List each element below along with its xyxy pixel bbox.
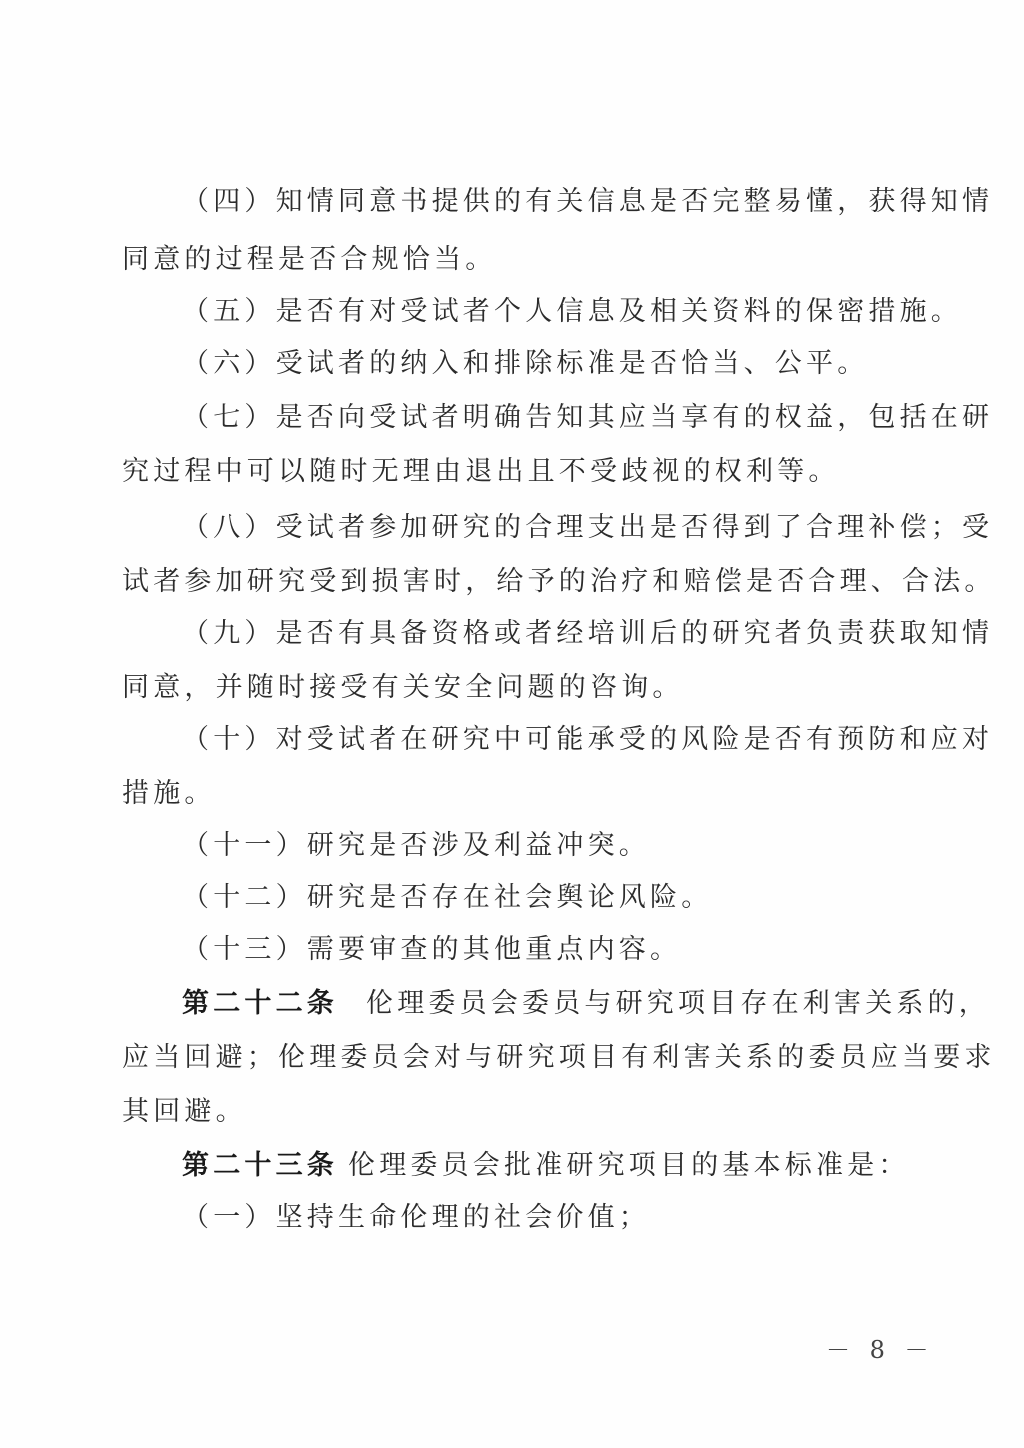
item-9-line-2: 同意，并随时接受有关安全问题的咨询。 — [122, 670, 684, 706]
item-7-line-2: 究过程中可以随时无理由退出且不受歧视的权利等。 — [122, 454, 840, 490]
item-5: （五）是否有对受试者个人信息及相关资料的保密措施。 — [182, 294, 962, 330]
article-23-item-1: （一）坚持生命伦理的社会价值； — [182, 1200, 650, 1236]
article-23-heading: 第二十三条 — [182, 1150, 338, 1181]
item-4-line-2: 同意的过程是否合规恰当。 — [122, 242, 496, 278]
item-4-line-1: （四）知情同意书提供的有关信息是否完整易懂，获得知情 — [182, 184, 993, 220]
item-8-line-2: 试者参加研究受到损害时，给予的治疗和赔偿是否合理、合法。 — [122, 564, 996, 600]
item-12: （十二）研究是否存在社会舆论风险。 — [182, 880, 712, 916]
item-6: （六）受试者的纳入和排除标准是否恰当、公平。 — [182, 346, 868, 382]
article-22-line-1: 第二十二条伦理委员会委员与研究项目存在利害关系的， — [182, 986, 990, 1022]
article-22-heading: 第二十二条 — [182, 988, 338, 1019]
article-22-line-3: 其回避。 — [122, 1094, 247, 1130]
page-number: － 8 － — [826, 1330, 935, 1365]
article-23-text-1: 伦理委员会批准研究项目的基本标准是： — [348, 1150, 910, 1181]
item-13: （十三）需要审查的其他重点内容。 — [182, 932, 681, 968]
document-page: （四）知情同意书提供的有关信息是否完整易懂，获得知情 同意的过程是否合规恰当。 … — [0, 0, 1024, 1448]
item-9-line-1: （九）是否有具备资格或者经培训后的研究者负责获取知情 — [182, 616, 993, 652]
item-7-line-1: （七）是否向受试者明确告知其应当享有的权益，包括在研 — [182, 400, 993, 436]
article-23-line-1: 第二十三条伦理委员会批准研究项目的基本标准是： — [182, 1148, 910, 1184]
item-11: （十一）研究是否涉及利益冲突。 — [182, 828, 650, 864]
item-10-line-1: （十）对受试者在研究中可能承受的风险是否有预防和应对 — [182, 722, 993, 758]
item-10-line-2: 措施。 — [122, 776, 216, 812]
article-22-text-1: 伦理委员会委员与研究项目存在利害关系的， — [366, 988, 990, 1019]
article-22-line-2: 应当回避；伦理委员会对与研究项目有利害关系的委员应当要求 — [122, 1040, 996, 1076]
item-8-line-1: （八）受试者参加研究的合理支出是否得到了合理补偿；受 — [182, 510, 993, 546]
